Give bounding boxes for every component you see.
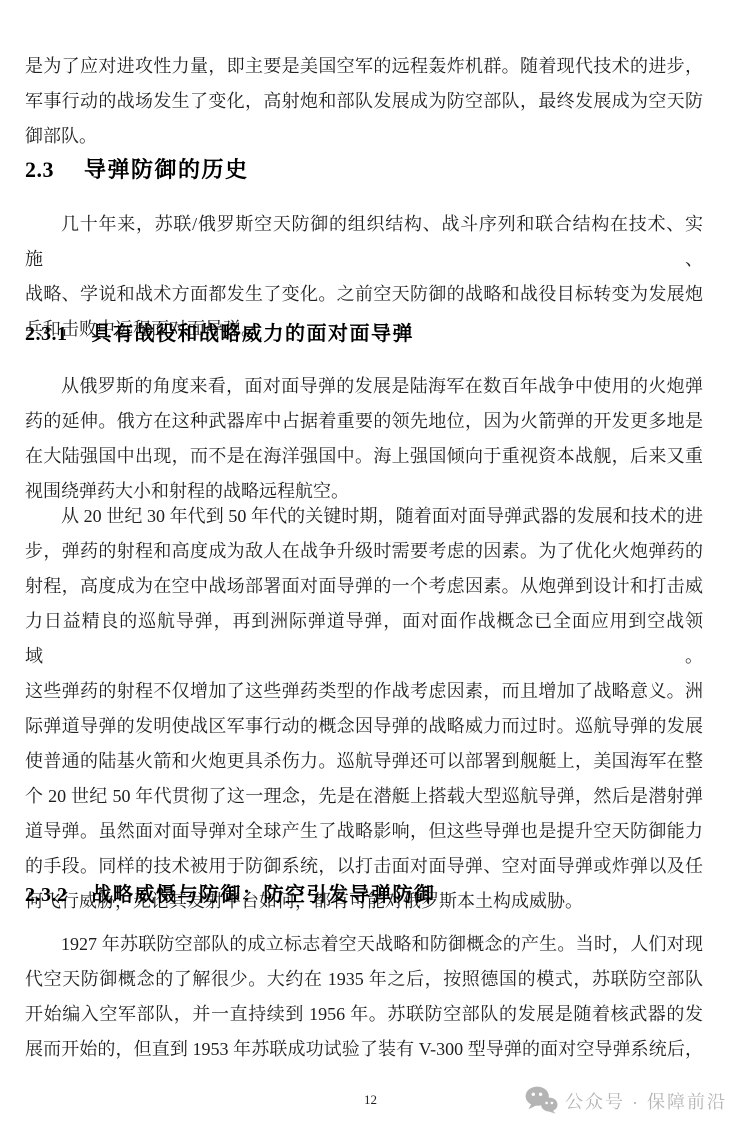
paragraph-line: 几十年来，苏联/俄罗斯空天防御的组织结构、战斗序列和联合结构在技术、实施、 [25,207,703,277]
paragraph-line: 战略、学说和战术方面都发生了变化。之前空天防御的战略和战役目标转变为发展炮 [25,277,703,312]
paragraph-line: 展而开始的，但直到 1953 年苏联成功试验了装有 V-300 型导弹的面对空导… [25,1032,703,1067]
wechat-icon [525,1086,558,1115]
paragraph-line: 1927 年苏联防空部队的成立标志着空天战略和防御概念的产生。当时，人们对现 [25,927,703,962]
paragraph: 从俄罗斯的角度来看，面对面导弹的发展是陆海军在数百年战争中使用的火炮弹药的延伸。… [25,369,703,509]
paragraph: 1927 年苏联防空部队的成立标志着空天战略和防御概念的产生。当时，人们对现代空… [25,927,703,1067]
heading-text: 战略威慑与防御：防空引发导弹防御 [92,884,436,906]
watermark-text: 公众号 · 保障前沿 [565,1088,727,1114]
paragraph-line: 从 20 世纪 30 年代到 50 年代的关键时期，随着面对面导弹武器的发展和技… [25,499,703,534]
heading-number: 2.3 [25,157,54,182]
paragraph-line: 从俄罗斯的角度来看，面对面导弹的发展是陆海军在数百年战争中使用的火炮弹 [25,369,703,404]
section-heading: 2.3.1具有战役和战略威力的面对面导弹 [25,316,703,352]
paragraph-line: 开始编入空军部队，并一直持续到 1956 年。苏联防空部队的发展是随着核武器的发 [25,997,703,1032]
paragraph: 从 20 世纪 30 年代到 50 年代的关键时期，随着面对面导弹武器的发展和技… [25,499,703,919]
paragraph-line: 步，弹药的射程和高度成为敌人在战争升级时需要考虑的因素。为了优化火炮弹药的 [25,534,703,569]
paragraph-line: 射程，高度成为在空中战场部署面对面导弹的一个考虑因素。从炮弹到设计和打击威 [25,569,703,604]
paragraph-line: 这些弹药的射程不仅增加了这些弹药类型的作战考虑因素，而且增加了战略意义。洲 [25,674,703,709]
paragraph-line: 代空天防御概念的了解很少。大约在 1935 年之后，按照德国的模式，苏联防空部队 [25,962,703,997]
watermark: 公众号 · 保障前沿 [525,1086,727,1115]
paragraph-line: 在大陆强国中出现，而不是在海洋强国中。海上强国倾向于重视资本战舰，后来又重 [25,439,703,474]
section-heading: 2.3.2战略威慑与防御：防空引发导弹防御 [25,877,703,913]
heading-text: 具有战役和战略威力的面对面导弹 [92,323,415,345]
paragraph-line: 力日益精良的巡航导弹，再到洲际弹道导弹，面对面作战概念已全面应用到空战领域。 [25,604,703,674]
document-page: 是为了应对进攻性力量，即主要是美国空军的远程轰炸机群。随着现代技术的进步，军事行… [0,0,741,1137]
paragraph-line: 军事行动的战场发生了变化，高射炮和部队发展成为防空部队，最终发展成为空天防 [25,84,703,119]
heading-number: 2.3.2 [25,884,68,906]
section-heading: 2.3导弹防御的历史 [25,150,703,190]
paragraph-line: 使普通的陆基火箭和火炮更具杀伤力。巡航导弹还可以部署到舰艇上，美国海军在整 [25,744,703,779]
heading-number: 2.3.1 [25,323,68,345]
paragraph-line: 际弹道导弹的发明使战区军事行动的概念因导弹的战略威力而过时。巡航导弹的发展 [25,709,703,744]
paragraph-line: 道导弹。虽然面对面导弹对全球产生了战略影响，但这些导弹也是提升空天防御能力 [25,814,703,849]
paragraph-line: 是为了应对进攻性力量，即主要是美国空军的远程轰炸机群。随着现代技术的进步， [25,49,703,84]
paragraph-line: 御部队。 [25,119,703,154]
heading-text: 导弹防御的历史 [84,157,249,182]
paragraph-line: 个 20 世纪 50 年代贯彻了这一理念，先是在潜艇上搭载大型巡航导弹，然后是潜… [25,779,703,814]
paragraph-line: 药的延伸。俄方在这种武器库中占据着重要的领先地位，因为火箭弹的开发更多地是 [25,404,703,439]
paragraph: 是为了应对进攻性力量，即主要是美国空军的远程轰炸机群。随着现代技术的进步，军事行… [25,49,703,154]
